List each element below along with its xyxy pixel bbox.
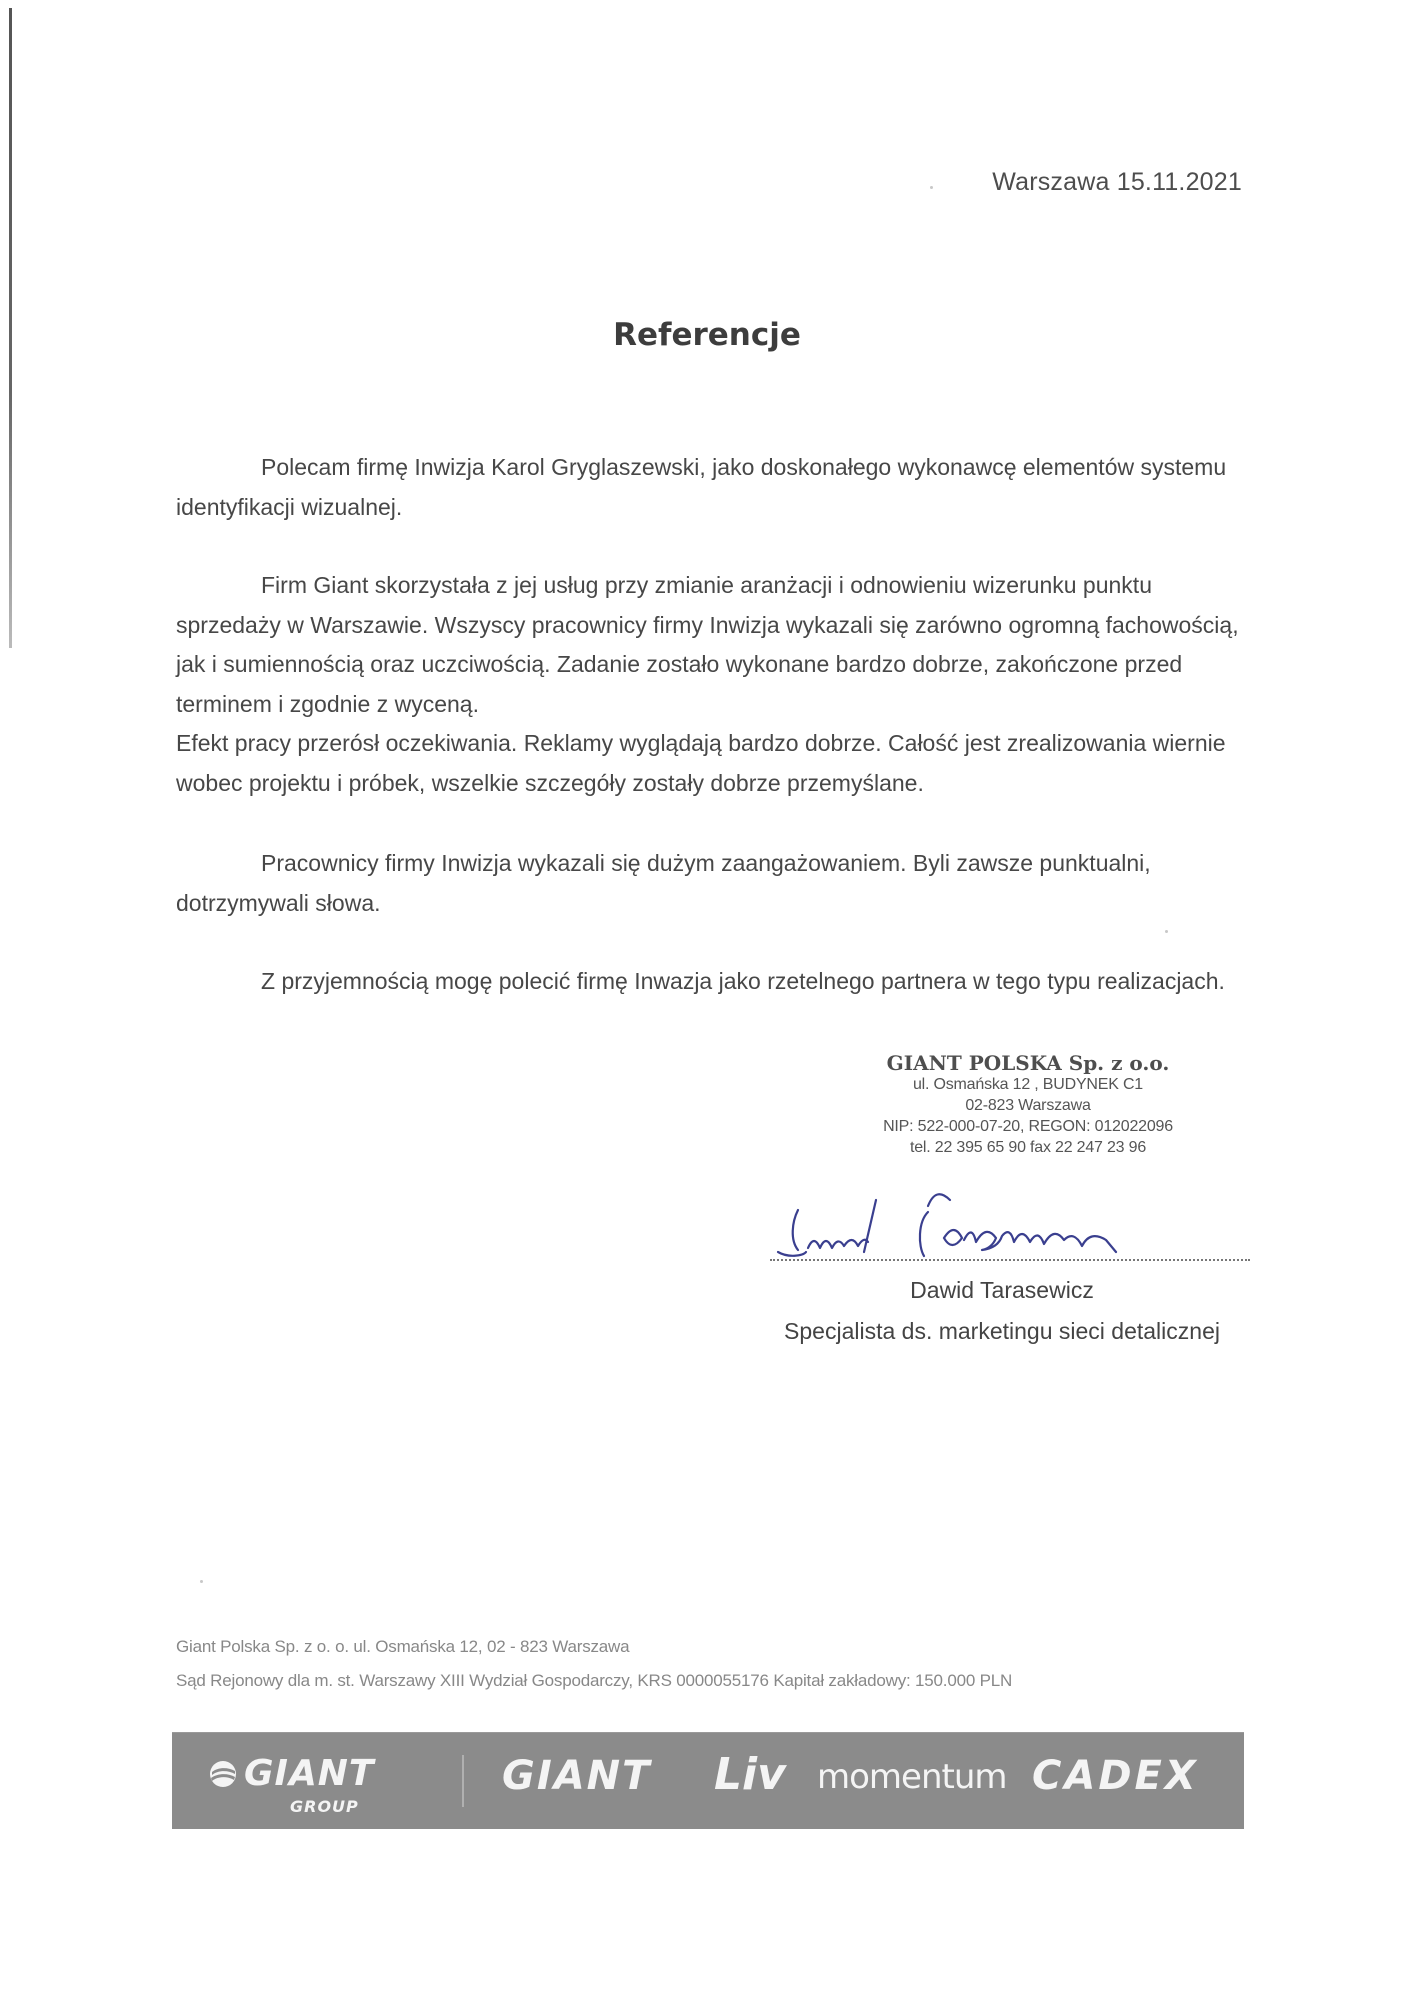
stamp-ids: NIP: 522-000-07-20, REGON: 012022096 (868, 1116, 1188, 1137)
document-title: Referencje (0, 317, 1414, 353)
stamp-city: 02-823 Warszawa (868, 1095, 1188, 1116)
scan-speck (1165, 930, 1168, 933)
paragraph-text: Z przyjemnością mogę polecić firmę Inwaz… (176, 962, 1256, 1002)
company-stamp: GIANT POLSKA Sp. z o.o. ul. Osmańska 12 … (868, 1053, 1188, 1158)
paragraph-4: Z przyjemnością mogę polecić firmę Inwaz… (176, 962, 1256, 1002)
place-date: Warszawa 15.11.2021 (992, 168, 1242, 197)
paragraph-text: Firm Giant skorzystała z jej usług przy … (176, 566, 1256, 724)
footer-address: Giant Polska Sp. z o. o. ul. Osmańska 12… (176, 1630, 1012, 1664)
scan-speck (930, 186, 933, 189)
signer-position: Specjalista ds. marketingu sieci detalic… (762, 1311, 1242, 1352)
giant-group-sub: GROUP (290, 1797, 359, 1816)
cadex-logo: CADEX (1032, 1753, 1199, 1799)
brand-logo-bar: GIANT GROUP GIANT Liv momentum CADEX (172, 1732, 1244, 1829)
signer-block: Dawid Tarasewicz Specjalista ds. marketi… (762, 1270, 1242, 1352)
handwritten-signature-icon (768, 1182, 1248, 1262)
paragraph-3: Pracownicy firmy Inwizja wykazali się du… (176, 844, 1256, 923)
momentum-logo: momentum (817, 1757, 1007, 1797)
giant-group-logo-icon (208, 1759, 238, 1789)
liv-logo: Liv (714, 1749, 786, 1800)
stamp-address: ul. Osmańska 12 , BUDYNEK C1 (868, 1074, 1188, 1095)
giant-logo: GIANT (502, 1753, 651, 1799)
paragraph-1: Polecam firmę Inwizja Karol Gryglaszewsk… (176, 448, 1256, 527)
paragraph-2: Firm Giant skorzystała z jej usług przy … (176, 566, 1256, 803)
signer-name: Dawid Tarasewicz (762, 1270, 1242, 1311)
stamp-company: GIANT POLSKA Sp. z o.o. (868, 1053, 1188, 1074)
giant-group-logo: GIANT (244, 1753, 375, 1794)
stamp-phone: tel. 22 395 65 90 fax 22 247 23 96 (868, 1137, 1188, 1158)
scan-speck (200, 1580, 203, 1583)
footer-registration: Sąd Rejonowy dla m. st. Warszawy XIII Wy… (176, 1664, 1012, 1698)
paragraph-text: Polecam firmę Inwizja Karol Gryglaszewsk… (176, 448, 1256, 527)
paragraph-text: Efekt pracy przerósł oczekiwania. Reklam… (176, 724, 1256, 803)
paragraph-text: Pracownicy firmy Inwizja wykazali się du… (176, 844, 1256, 923)
logo-divider (462, 1755, 464, 1807)
signature-line (770, 1259, 1250, 1261)
company-footer: Giant Polska Sp. z o. o. ul. Osmańska 12… (176, 1630, 1012, 1698)
